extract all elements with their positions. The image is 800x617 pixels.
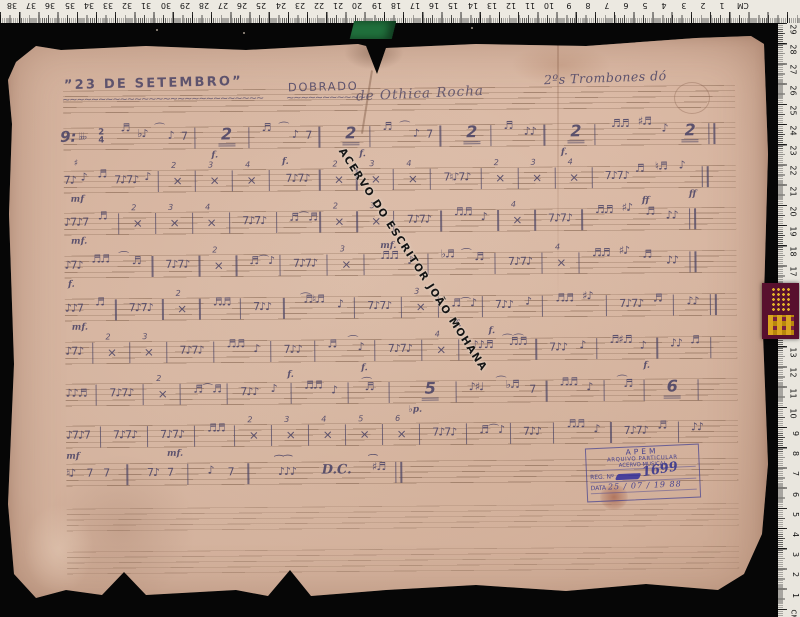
dust-speck: [156, 29, 158, 31]
music-mark: ♬: [645, 205, 654, 218]
ruler-number: 37: [26, 1, 36, 10]
music-mark: ff: [689, 189, 697, 199]
music-mark: ♮♪: [66, 467, 75, 480]
music-mark: [92, 343, 93, 364]
ruler-number: 28: [199, 1, 209, 10]
music-mark: [227, 383, 228, 404]
music-mark: ♭♬: [441, 247, 454, 260]
music-mark: ♪♪: [691, 420, 703, 433]
music-mark: [166, 342, 167, 363]
music-mark: [240, 298, 241, 319]
music-mark: ♬: [474, 250, 483, 263]
music-mark: ♬♬: [592, 246, 610, 259]
ruler-number: 20: [788, 206, 797, 216]
music-mark: ♯♬: [372, 460, 385, 473]
ruler-number: 21: [333, 1, 343, 10]
music-mark: 7♪7♪: [508, 255, 532, 268]
music-mark: [319, 170, 320, 191]
music-mark: 4: [435, 330, 440, 339]
music-mark: ×: [210, 173, 220, 187]
music-mark: 2: [342, 123, 359, 145]
music-mark: [396, 462, 403, 483]
page-content: ”23 DE SETEMBRO” ~~~~~~~~~~~~~~~~~~~~~~~…: [4, 31, 771, 610]
ruler-number: 15: [448, 1, 458, 10]
music-mark: 7♪♪: [549, 340, 567, 353]
ruler-number: 28: [788, 45, 797, 55]
ruler-number: 18: [788, 247, 797, 257]
scanner-bed: 3837363534333231302928272625242322212019…: [0, 0, 800, 617]
music-mark: 2: [463, 122, 480, 144]
music-mark: 7♪7♪: [285, 172, 309, 185]
staff: ♪♪7mf.♬7♪7♪2×♬♬7♪♪⌒♬♮♬♪7♪7♪3×♬⌒♪f.7♪♪♪♬♬…: [65, 293, 737, 322]
music-mark: ♬: [503, 119, 512, 132]
music-mark: 7♪♪: [495, 298, 513, 311]
music-mark: mf: [66, 452, 79, 462]
music-mark: [187, 464, 188, 485]
ruler-number: 8: [585, 1, 590, 10]
music-mark: [657, 338, 658, 359]
music-mark: ♬♬: [304, 379, 322, 392]
music-mark: [279, 255, 280, 276]
ruler-number: 10: [788, 408, 797, 418]
music-mark: [554, 168, 555, 189]
music-mark: ♭p.: [408, 405, 422, 415]
stamp-reg-scribble: [615, 473, 642, 480]
music-mark: ⌒: [154, 120, 165, 136]
music-mark: ×: [214, 258, 224, 272]
music-mark: ♬♬: [559, 375, 577, 388]
music-mark: 3: [340, 244, 345, 253]
music-mark: mf.: [71, 237, 87, 247]
music-mark: [155, 213, 156, 234]
music-mark: ×: [556, 255, 566, 269]
music-mark: 7♪7♪: [367, 299, 391, 312]
music-mark: [319, 212, 320, 233]
ruler-number: 29: [788, 24, 797, 34]
side-ruler-unit: CM: [790, 610, 798, 617]
music-mark: ♪: [579, 338, 585, 351]
music-mark: 2: [333, 201, 338, 210]
music-mark: ×: [512, 213, 522, 227]
ruler-number: 1: [791, 593, 800, 598]
music-mark: 3: [208, 161, 213, 170]
music-mark: ×: [569, 170, 579, 184]
music-mark: [127, 464, 128, 485]
ruler-number: 21: [788, 186, 797, 196]
music-mark: ♪: [481, 210, 487, 223]
music-mark: f.: [211, 150, 218, 160]
music-mark: ♪: [525, 295, 531, 308]
music-mark: ♪7♪7: [64, 216, 88, 229]
music-mark: 2: [105, 332, 110, 341]
music-mark: ♬: [642, 248, 651, 261]
music-mark: 2: [494, 158, 499, 167]
ruler-number: 32: [122, 1, 132, 10]
music-mark: [283, 298, 284, 319]
music-mark: 2: [176, 289, 181, 298]
music-mark: [603, 380, 604, 401]
ruler-number: 18: [391, 1, 401, 10]
music-mark: 7♪♪: [253, 300, 271, 313]
music-mark: 7♪7♪: [113, 428, 137, 441]
music-mark: ♪: [207, 464, 213, 477]
music-mark: ♬♬: [454, 205, 472, 218]
music-mark: 7♪: [147, 466, 159, 479]
music-mark: ♪: [144, 170, 150, 183]
music-mark: [129, 342, 130, 363]
ruler-number: 12: [788, 368, 797, 378]
stamp-date-label: DATA: [590, 485, 606, 493]
ruler-number: 17: [410, 1, 420, 10]
music-mark: 4: [511, 200, 516, 209]
music-mark: [542, 253, 543, 274]
music-mark: ♪♪: [686, 294, 698, 307]
music-mark: ♪: [586, 380, 592, 393]
music-mark: ♬: [261, 121, 270, 134]
music-mark: [440, 126, 441, 147]
music-mark: 4: [555, 242, 560, 251]
music-mark: 7♪7♪: [548, 211, 572, 224]
ruler-number: 14: [467, 1, 477, 10]
ruler-number: 4: [791, 532, 800, 537]
music-mark: ♬⌒♪: [479, 421, 504, 437]
ruler-number: 38: [7, 1, 17, 10]
music-mark: 7: [167, 466, 173, 479]
ruler-number: 7: [604, 1, 609, 10]
music-mark: [643, 380, 644, 401]
stamp-reg-number: 1699: [641, 462, 678, 477]
ruler-number: 9: [791, 431, 800, 436]
music-mark: ♪: [678, 158, 684, 171]
dust-speck: [471, 27, 473, 29]
ruler-number: 2: [791, 572, 800, 577]
ruler-number: 31: [141, 1, 151, 10]
music-mark: ♪: [270, 382, 276, 395]
music-mark: [596, 338, 597, 359]
music-mark: [248, 463, 249, 484]
staff: [67, 546, 739, 575]
music-mark: [455, 381, 456, 402]
music-mark: ♬♬: [213, 295, 231, 308]
music-mark: [710, 294, 717, 315]
music-mark: [147, 426, 148, 447]
music-mark: ♬♬: [509, 335, 527, 348]
music-mark: 7♪7♪: [624, 424, 648, 437]
music-mark: ⌒: [399, 118, 410, 134]
music-mark: ♪: [661, 122, 667, 135]
music-mark: ♬⌒♪: [451, 294, 476, 310]
music-mark: 6: [395, 414, 400, 423]
music-mark: [143, 384, 144, 405]
target-patch-blocks: [768, 315, 794, 335]
music-mark: [180, 384, 181, 405]
music-mark: [466, 423, 467, 444]
music-mark: [248, 127, 249, 148]
music-mark: [345, 424, 346, 445]
music-mark: ♯♪: [582, 289, 592, 302]
music-mark: 7: [426, 128, 432, 141]
instrument-label: 2ºs Trombones dó: [544, 68, 667, 87]
music-mark: ♬♬: [207, 421, 225, 434]
music-mark: ×: [323, 427, 333, 441]
music-mark: ♭♪: [137, 127, 147, 140]
music-mark: ♬: [690, 333, 699, 346]
ruler-number: 24: [788, 125, 797, 135]
music-mark: [100, 427, 101, 448]
music-mark: 2: [131, 203, 136, 212]
music-mark: [401, 297, 402, 318]
music-mark: ♪: [413, 127, 419, 140]
staff: ♪7♪2×3×7♪7♪♬♬♪7♪♪♬⌒♪f.7♪7♪4×♪♪♬f.⌒⌒♬♬7♪♪…: [65, 336, 737, 365]
music-mark: ♪: [253, 342, 259, 355]
music-mark: 9:: [60, 128, 77, 146]
music-mark: [610, 422, 611, 443]
music-mark: 7: [228, 465, 234, 478]
music-mark: ♮♬: [655, 160, 667, 173]
music-mark: ×: [360, 427, 370, 441]
ruler-number: 26: [237, 1, 247, 10]
music-mark: [393, 169, 394, 190]
music-mark: ♬♮♬: [303, 293, 324, 306]
ruler-number: 10: [544, 1, 554, 10]
music-mark: [213, 342, 214, 363]
music-mark: ♯♪: [622, 201, 632, 214]
music-mark: [509, 423, 510, 444]
music-mark: 5: [422, 379, 439, 401]
music-mark: 3: [531, 158, 536, 167]
music-mark: ⌒: [461, 245, 472, 261]
music-mark: ♬: [365, 380, 374, 393]
music-mark: ⌒: [118, 248, 129, 264]
music-mark: 7♪7♪: [619, 297, 643, 310]
music-mark: 6: [664, 376, 681, 398]
music-mark: 7♪: [64, 174, 76, 187]
music-mark: ♪: [292, 128, 298, 141]
ruler-number: 24: [276, 1, 286, 10]
music-mark: 3: [414, 287, 419, 296]
music-mark: 7♮♪7♪: [443, 170, 470, 183]
music-mark: [702, 166, 709, 187]
music-mark: [710, 337, 711, 358]
music-mark: [363, 254, 364, 275]
music-mark: 7♪7♪: [179, 344, 203, 357]
ruler-number: 11: [525, 1, 535, 10]
music-mark: ♪♪♪: [278, 465, 296, 478]
music-mark: 4: [205, 203, 210, 212]
ruler-number: 36: [45, 1, 55, 10]
music-mark: [291, 383, 292, 404]
music-mark: [677, 421, 678, 442]
ruler-number: 22: [788, 166, 797, 176]
music-mark: f.: [561, 147, 568, 157]
music-mark: ♪7♪7: [66, 429, 90, 442]
music-mark: 7: [86, 467, 92, 480]
ruler-number: 6: [791, 492, 800, 497]
music-mark: [382, 424, 383, 445]
ruler-number: 27: [218, 1, 228, 10]
music-mark: ×: [334, 172, 344, 186]
music-mark: ×: [397, 427, 407, 441]
music-mark: [490, 125, 491, 146]
music-mark: [388, 382, 389, 403]
music-mark: ♪: [80, 171, 86, 184]
music-mark: [494, 253, 495, 274]
staff: 9:♭♭♭2 4♬♭♪⌒♪7f.2♬⌒♪72f.♬⌒♪72♬♪♪f.2♬♬♯♬♪…: [63, 122, 735, 151]
music-mark: [369, 126, 370, 147]
music-mark: ×: [249, 428, 259, 442]
music-mark: ×: [286, 428, 296, 442]
music-mark: f.: [643, 361, 650, 371]
music-mark: 2: [171, 161, 176, 170]
music-mark: f.: [68, 280, 75, 290]
music-mark: ♬: [97, 167, 106, 180]
top-ruler: 3837363534333231302928272625242322212019…: [0, 0, 800, 23]
music-mark: ♪♪: [665, 208, 677, 221]
music-mark: ♪: [167, 129, 173, 142]
music-mark: 4: [245, 160, 250, 169]
music-mark: ×: [133, 216, 143, 230]
music-mark: ♪: [357, 340, 363, 353]
music-mark: 2: [218, 124, 235, 146]
music-mark: ×: [207, 215, 217, 229]
music-mark: [673, 294, 674, 315]
music-mark: [689, 208, 696, 229]
target-patch-grid: [771, 287, 791, 311]
music-mark: [308, 425, 309, 446]
music-mark: f.: [282, 157, 289, 167]
music-mark: ♭♬: [506, 378, 519, 391]
music-mark: 7♪7♪: [388, 342, 412, 355]
green-tape: [350, 21, 396, 39]
music-mark: ×: [408, 172, 418, 186]
music-mark: [581, 209, 582, 230]
music-mark: ♪♪7: [65, 302, 83, 315]
music-mark: 7♪7♪: [114, 173, 138, 186]
music-mark: [194, 426, 195, 447]
ruler-number: 5: [643, 1, 648, 10]
music-mark: ♪7♪: [65, 345, 83, 358]
music-mark: [591, 167, 592, 188]
music-mark: ♪♪: [666, 253, 678, 266]
ruler-number: 4: [662, 1, 667, 10]
music-mark: 7♪7♪: [407, 213, 431, 226]
music-mark: 7♪7♪: [160, 428, 184, 441]
ruler-number: 34: [84, 1, 94, 10]
music-mark: 7♪7♪: [432, 425, 456, 438]
music-mark: [481, 296, 482, 317]
music-mark: [419, 424, 420, 445]
music-mark: ♪♪: [524, 125, 536, 138]
music-mark: 7: [181, 130, 187, 143]
music-mark: ×: [107, 345, 117, 359]
ruler-number: 1: [719, 1, 724, 10]
music-mark: ♬: [653, 292, 662, 305]
music-mark: [553, 423, 554, 444]
music-mark: ♬♯♬: [609, 333, 631, 346]
music-mark: [158, 171, 159, 192]
music-mark: ×: [341, 257, 351, 271]
ruler-number: 16: [429, 1, 439, 10]
music-mark: ♬♬: [91, 252, 109, 265]
music-mark: ♬: [95, 295, 104, 308]
music-mark: [96, 385, 97, 406]
ruler-number: 20: [352, 1, 362, 10]
music-mark: 2: [156, 374, 161, 383]
ruler-number: 23: [295, 1, 305, 10]
music-mark: mf.: [167, 449, 183, 459]
music-mark: [697, 379, 698, 400]
music-mark: [354, 297, 355, 318]
music-mark: ♬⌒♬: [193, 380, 221, 396]
ruler-number: 35: [64, 1, 74, 10]
music-mark: [229, 212, 230, 233]
music-mark: 4: [568, 157, 573, 166]
music-mark: ♪7♪: [64, 259, 82, 272]
music-mark: 2 4: [98, 128, 104, 144]
staff: [67, 503, 739, 532]
music-mark: [319, 127, 320, 148]
music-mark: ×: [495, 171, 505, 185]
ruler-number: 17: [788, 267, 797, 277]
staff: ♪7♪f.♬♬⌒♬7♪7♪2×♬⌒♪7♪7♪3×mf.♬♬♪♭♬⌒♬7♪7♪4×…: [64, 250, 736, 279]
music-mark: ♪: [593, 422, 599, 435]
music-mark: ♬: [98, 209, 107, 222]
music-mark: ×: [436, 342, 446, 356]
music-mark: ♬♬: [566, 417, 584, 430]
music-mark: ♪: [640, 339, 646, 352]
music-mark: ×: [416, 300, 426, 314]
music-mark: ×: [144, 345, 154, 359]
music-mark: ♬♬: [611, 117, 629, 130]
music-mark: [440, 211, 441, 232]
music-mark: 3: [369, 159, 374, 168]
music-mark: ♪♪: [670, 336, 682, 349]
music-mark: [269, 170, 270, 191]
music-mark: [162, 299, 163, 320]
music-mark: ♯♪: [619, 244, 629, 257]
ruler-number: 3: [791, 552, 800, 557]
music-mark: 7♪7♪: [129, 301, 153, 314]
music-mark: ×: [371, 172, 381, 186]
music-mark: ♬: [327, 337, 336, 350]
ruler-number: 3: [681, 1, 686, 10]
music-mark: ♬: [132, 254, 141, 267]
ruler-number: 8: [791, 451, 800, 456]
music-mark: [578, 252, 579, 273]
music-mark: ×: [173, 174, 183, 188]
music-mark: [536, 339, 537, 360]
ruler-number: 19: [372, 1, 382, 10]
music-mark: 2: [682, 120, 699, 142]
music-mark: ♯: [74, 159, 78, 169]
music-mark: [276, 212, 277, 233]
music-mark: ⌒: [278, 119, 289, 135]
music-mark: [544, 125, 545, 146]
music-mark: [115, 299, 116, 320]
ruler-number: 33: [103, 1, 113, 10]
music-mark: 5: [358, 414, 363, 423]
ruler-number: 22: [314, 1, 324, 10]
ruler-number: 2: [700, 1, 705, 10]
music-mark: [534, 210, 535, 231]
music-mark: f.: [488, 326, 495, 336]
music-mark: ×: [334, 214, 344, 228]
music-mark: [199, 256, 200, 277]
music-mark: [689, 251, 696, 272]
music-mark: [199, 299, 200, 320]
music-mark: ×: [170, 216, 180, 230]
music-mark: [192, 213, 193, 234]
